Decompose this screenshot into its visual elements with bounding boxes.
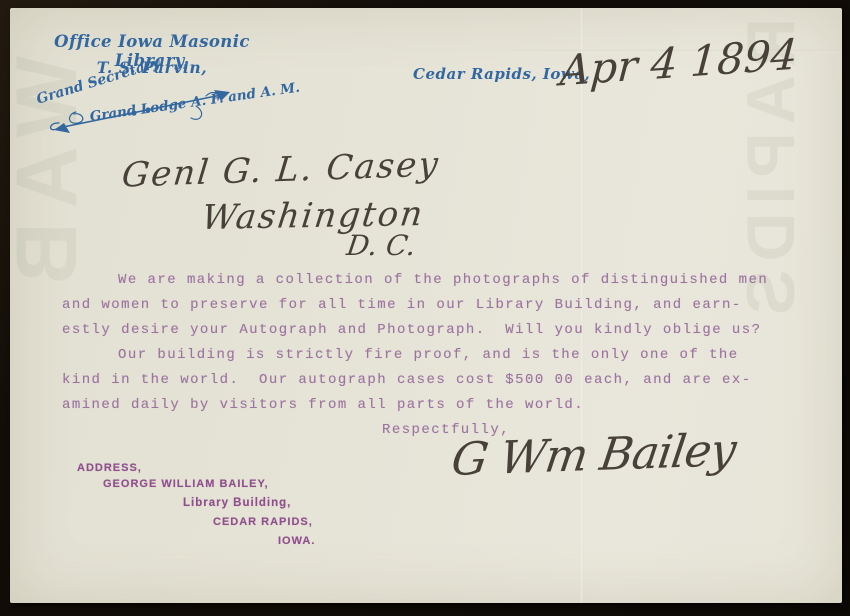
recipient-name: Genl G. L. Casey <box>120 144 442 195</box>
body-line: estly desire your Autograph and Photogra… <box>62 318 802 343</box>
body-line: amined daily by visitors from all parts … <box>62 393 802 418</box>
body-line: kind in the world. Our autograph cases c… <box>62 368 802 393</box>
footer-name: GEORGE WILLIAM BAILEY, <box>103 478 269 490</box>
footer-building: Library Building, <box>183 497 291 509</box>
footer-address-label: ADDRESS, <box>77 462 142 474</box>
footer-state: IOWA. <box>278 535 315 547</box>
body-line: We are making a collection of the photog… <box>62 268 802 293</box>
signature: G Wm Bailey <box>448 423 739 486</box>
scan-backdrop: WAB RAPIDS Office Iowa Masonic Library, … <box>0 0 850 616</box>
body-line: Our building is strictly fire proof, and… <box>62 343 802 368</box>
footer-city: CEDAR RAPIDS, <box>213 516 313 528</box>
letter-page: WAB RAPIDS Office Iowa Masonic Library, … <box>10 8 842 603</box>
recipient-state: D. C. <box>345 229 418 262</box>
letter-body: We are making a collection of the photog… <box>62 268 802 418</box>
handwritten-date: Apr 4 1894 <box>559 30 799 96</box>
body-line: and women to preserve for all time in ou… <box>62 293 802 318</box>
